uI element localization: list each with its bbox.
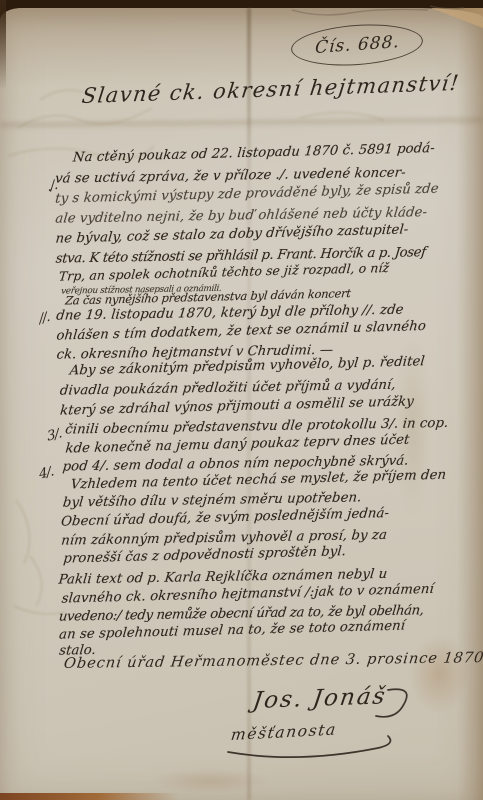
manuscript-line: ne bývaly, což se stalo za doby dřívější… bbox=[55, 223, 409, 245]
manuscript-line: pronešší čas z odpovědnosti sproštěn byl… bbox=[63, 545, 347, 566]
manuscript-line: divadla poukázán předložiti účet příjmů … bbox=[59, 379, 396, 398]
manuscript-line: kde konečně na jemu daný poukaz teprv dn… bbox=[65, 434, 410, 456]
manuscript-line: ohlášen s tím dodatkem, že text se oznám… bbox=[56, 320, 427, 343]
manuscript-line: ty s komickými výstupy zde prováděné byl… bbox=[55, 183, 440, 206]
manuscript-line: Na ctěný poukaz od 22. listopadu 1870 č.… bbox=[72, 142, 435, 165]
manuscript-line: který se zdráhal výnos přijmouti a osměl… bbox=[59, 395, 414, 417]
manuscript-body: Na ctěný poukaz od 22. listopadu 1870 č.… bbox=[0, 0, 483, 800]
photo-background: Čís. 688. Slavné ck. okresní hejtmanství… bbox=[0, 0, 483, 800]
manuscript-line: Obecní úřad doufá, že svým poslednějším … bbox=[60, 507, 389, 529]
signature-name: Jos. Jonáš bbox=[251, 683, 388, 714]
